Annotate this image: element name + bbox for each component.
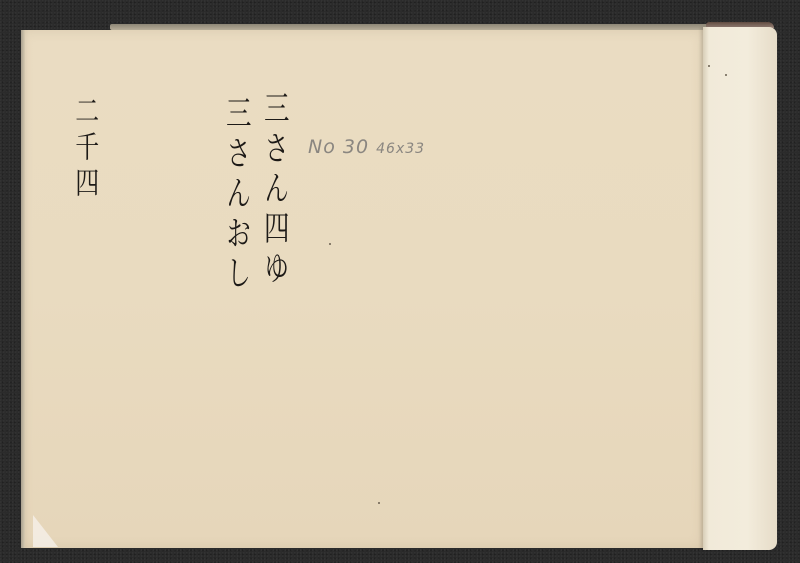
page-left-edge (21, 30, 25, 548)
paper-speck (725, 74, 727, 76)
torn-corner (33, 515, 58, 547)
annotation-number: 30 (343, 136, 369, 158)
annotation-prefix: No (308, 136, 336, 158)
paper-speck (329, 243, 331, 245)
calligraphy-column-1: 三さん四ゆ (256, 90, 293, 290)
calligraphy-left-column: 二千四 (66, 95, 101, 203)
folded-page-strip (703, 27, 777, 550)
document-page (21, 30, 703, 548)
calligraphy-column-2: 三さんおし (218, 95, 255, 295)
annotation-dimensions: 46x33 (376, 141, 425, 157)
paper-speck (708, 65, 710, 67)
paper-speck (378, 502, 380, 504)
pencil-annotation: No 30 46x33 (308, 136, 425, 158)
